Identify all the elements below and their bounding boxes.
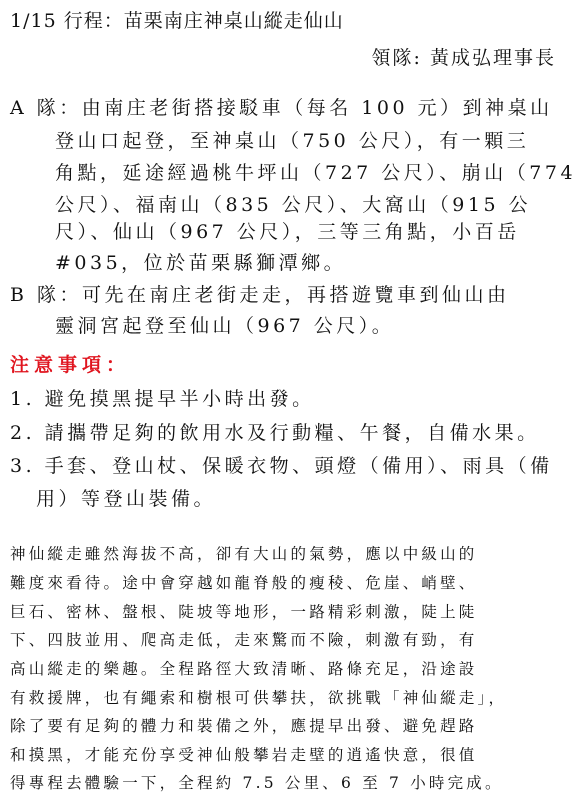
- team-leader: 領隊: 黃成弘理事長: [372, 43, 556, 70]
- team-a-line: #035，位於苗栗縣獅潭鄉。: [55, 248, 346, 275]
- team-a-line: A 隊：由南庄老街搭接駁車（每名 100 元）到神桌山: [10, 93, 553, 120]
- description-line: 難度來看待。途中會穿越如龍脊般的瘦稜、危崖、峭壁、: [10, 571, 478, 593]
- team-b-line: B 隊：可先在南庄老街走走，再搭遊覽車到仙山由: [10, 280, 510, 307]
- notice-heading: 注意事項：: [10, 350, 130, 377]
- description-line: 下、四肢並用、爬高走低，走來驚而不險，刺激有勁，有: [10, 628, 478, 650]
- team-b-line: 靈洞宮起登至仙山（967 公尺）。: [55, 311, 394, 338]
- description-line: 得專程去體驗一下，全程約 7.5 公里、6 至 7 小時完成。: [10, 771, 504, 793]
- description-line: 除了要有足夠的體力和裝備之外，應提早出發、避免趕路: [10, 714, 478, 736]
- team-a-line: 公尺）、福南山（835 公尺）、大窩山（915 公: [55, 190, 531, 217]
- notice-item: 1. 避免摸黑提早半小時出發。: [10, 384, 315, 411]
- team-a-line: 角點，延途經過桃牛坪山（727 公尺）、崩山（774: [55, 158, 576, 185]
- description-line: 有救援牌，也有繩索和樹根可供攀扶，欲挑戰「神仙縱走」，: [10, 686, 507, 708]
- notice-item: 2. 請攜帶足夠的飲用水及行動糧、午餐，自備水果。: [10, 418, 540, 445]
- notice-item: 用）等登山裝備。: [36, 484, 216, 511]
- notice-item: 3. 手套、登山杖、保暖衣物、頭燈（備用）、雨具（備: [10, 451, 553, 478]
- team-a-line: 登山口起登，至神桌山（750 公尺），有一顆三: [55, 126, 529, 153]
- team-a-line: 尺）、仙山（967 公尺），三等三角點，小百岳: [55, 217, 520, 244]
- description-line: 和摸黑，才能充份享受神仙般攀岩走壁的逍遙快意，很值: [10, 743, 478, 765]
- page-title: 1/15 行程：苗栗南庄神桌山縱走仙山: [10, 6, 344, 33]
- description-line: 神仙縱走雖然海拔不高，卻有大山的氣勢，應以中級山的: [10, 542, 478, 564]
- description-line: 巨石、密林、盤根、陡坡等地形，一路精彩刺激，陡上陡: [10, 600, 478, 622]
- description-line: 高山縱走的樂趣。全程路徑大致清晰、路條充足，沿途設: [10, 657, 478, 679]
